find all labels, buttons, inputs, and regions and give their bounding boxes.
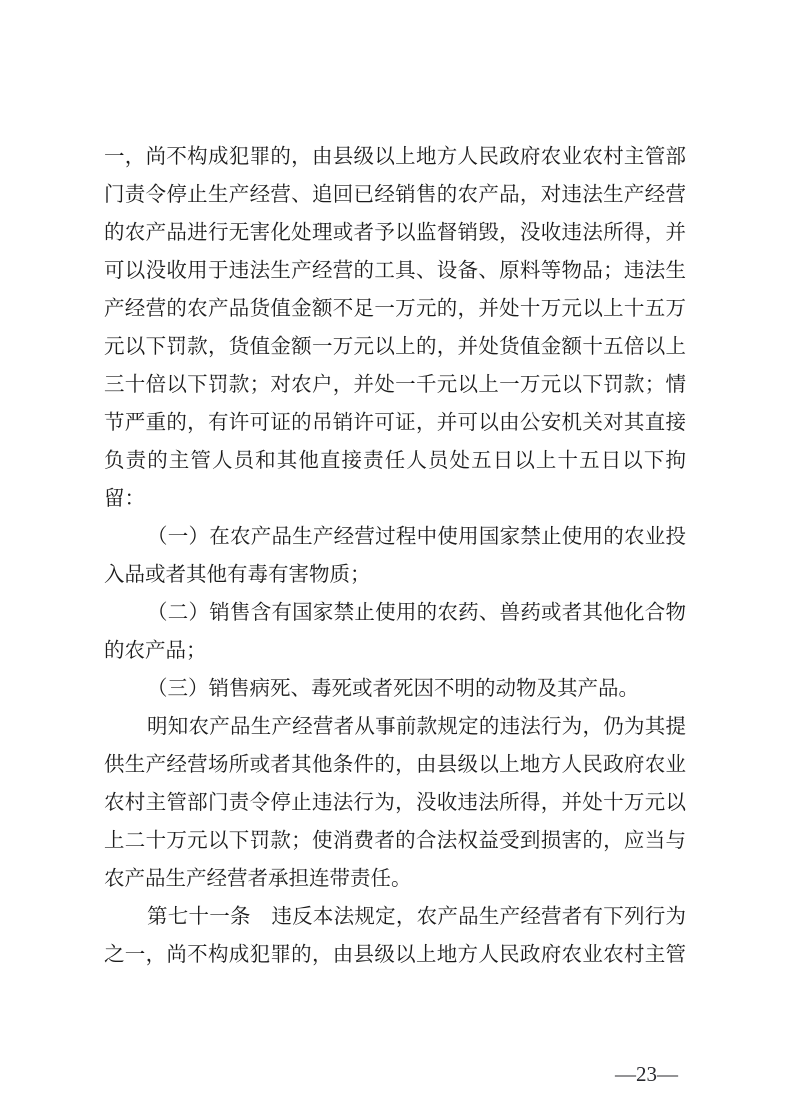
- text-line: 上二十万元以下罚款；使消费者的合法权益受到损害的，应当与: [104, 822, 686, 860]
- text-line: 农村主管部门责令停止违法行为，没收违法所得，并处十万元以: [104, 784, 686, 822]
- paragraph: （二）销售含有国家禁止使用的农药、兽药或者其他化合物的农产品；: [104, 594, 686, 670]
- text-line: 入品或者其他有毒有害物质；: [104, 556, 686, 594]
- paragraph: （三）销售病死、毒死或者死因不明的动物及其产品。: [104, 670, 686, 708]
- paragraph: 明知农产品生产经营者从事前款规定的违法行为，仍为其提供生产经营场所或者其他条件的…: [104, 708, 686, 898]
- page-number: —23—: [104, 1061, 678, 1087]
- document-page: 一，尚不构成犯罪的，由县级以上地方人民政府农业农村主管部门责令停止生产经营、追回…: [0, 0, 790, 1116]
- text-line: 三十倍以下罚款；对农户，并处一千元以上一万元以下罚款；情: [104, 366, 686, 404]
- text-line: 的农产品进行无害化处理或者予以监督销毁，没收违法所得，并: [104, 214, 686, 252]
- text-line: 一，尚不构成犯罪的，由县级以上地方人民政府农业农村主管部: [104, 138, 686, 176]
- text-line: （一）在农产品生产经营过程中使用国家禁止使用的农业投: [104, 518, 686, 556]
- text-line: 的农产品；: [104, 632, 686, 670]
- text-line: 明知农产品生产经营者从事前款规定的违法行为，仍为其提: [104, 708, 686, 746]
- text-line: 留：: [104, 480, 686, 518]
- text-line: 节严重的，有许可证的吊销许可证，并可以由公安机关对其直接: [104, 404, 686, 442]
- text-line: 农产品生产经营者承担连带责任。: [104, 860, 686, 898]
- paragraph: 一，尚不构成犯罪的，由县级以上地方人民政府农业农村主管部门责令停止生产经营、追回…: [104, 138, 686, 518]
- paragraph: （一）在农产品生产经营过程中使用国家禁止使用的农业投入品或者其他有毒有害物质；: [104, 518, 686, 594]
- text-line: （三）销售病死、毒死或者死因不明的动物及其产品。: [104, 670, 686, 708]
- text-line: （二）销售含有国家禁止使用的农药、兽药或者其他化合物: [104, 594, 686, 632]
- paragraph: 第七十一条 违反本法规定，农产品生产经营者有下列行为之一，尚不构成犯罪的，由县级…: [104, 898, 686, 974]
- text-line: 供生产经营场所或者其他条件的，由县级以上地方人民政府农业: [104, 746, 686, 784]
- text-line: 之一，尚不构成犯罪的，由县级以上地方人民政府农业农村主管: [104, 936, 686, 974]
- text-block: 一，尚不构成犯罪的，由县级以上地方人民政府农业农村主管部门责令停止生产经营、追回…: [104, 138, 686, 974]
- text-line: 门责令停止生产经营、追回已经销售的农产品，对违法生产经营: [104, 176, 686, 214]
- text-line: 元以下罚款，货值金额一万元以上的，并处货值金额十五倍以上: [104, 328, 686, 366]
- text-line: 负责的主管人员和其他直接责任人员处五日以上十五日以下拘: [104, 442, 686, 480]
- text-line: 产经营的农产品货值金额不足一万元的，并处十万元以上十五万: [104, 290, 686, 328]
- text-line: 第七十一条 违反本法规定，农产品生产经营者有下列行为: [104, 898, 686, 936]
- text-line: 可以没收用于违法生产经营的工具、设备、原料等物品；违法生: [104, 252, 686, 290]
